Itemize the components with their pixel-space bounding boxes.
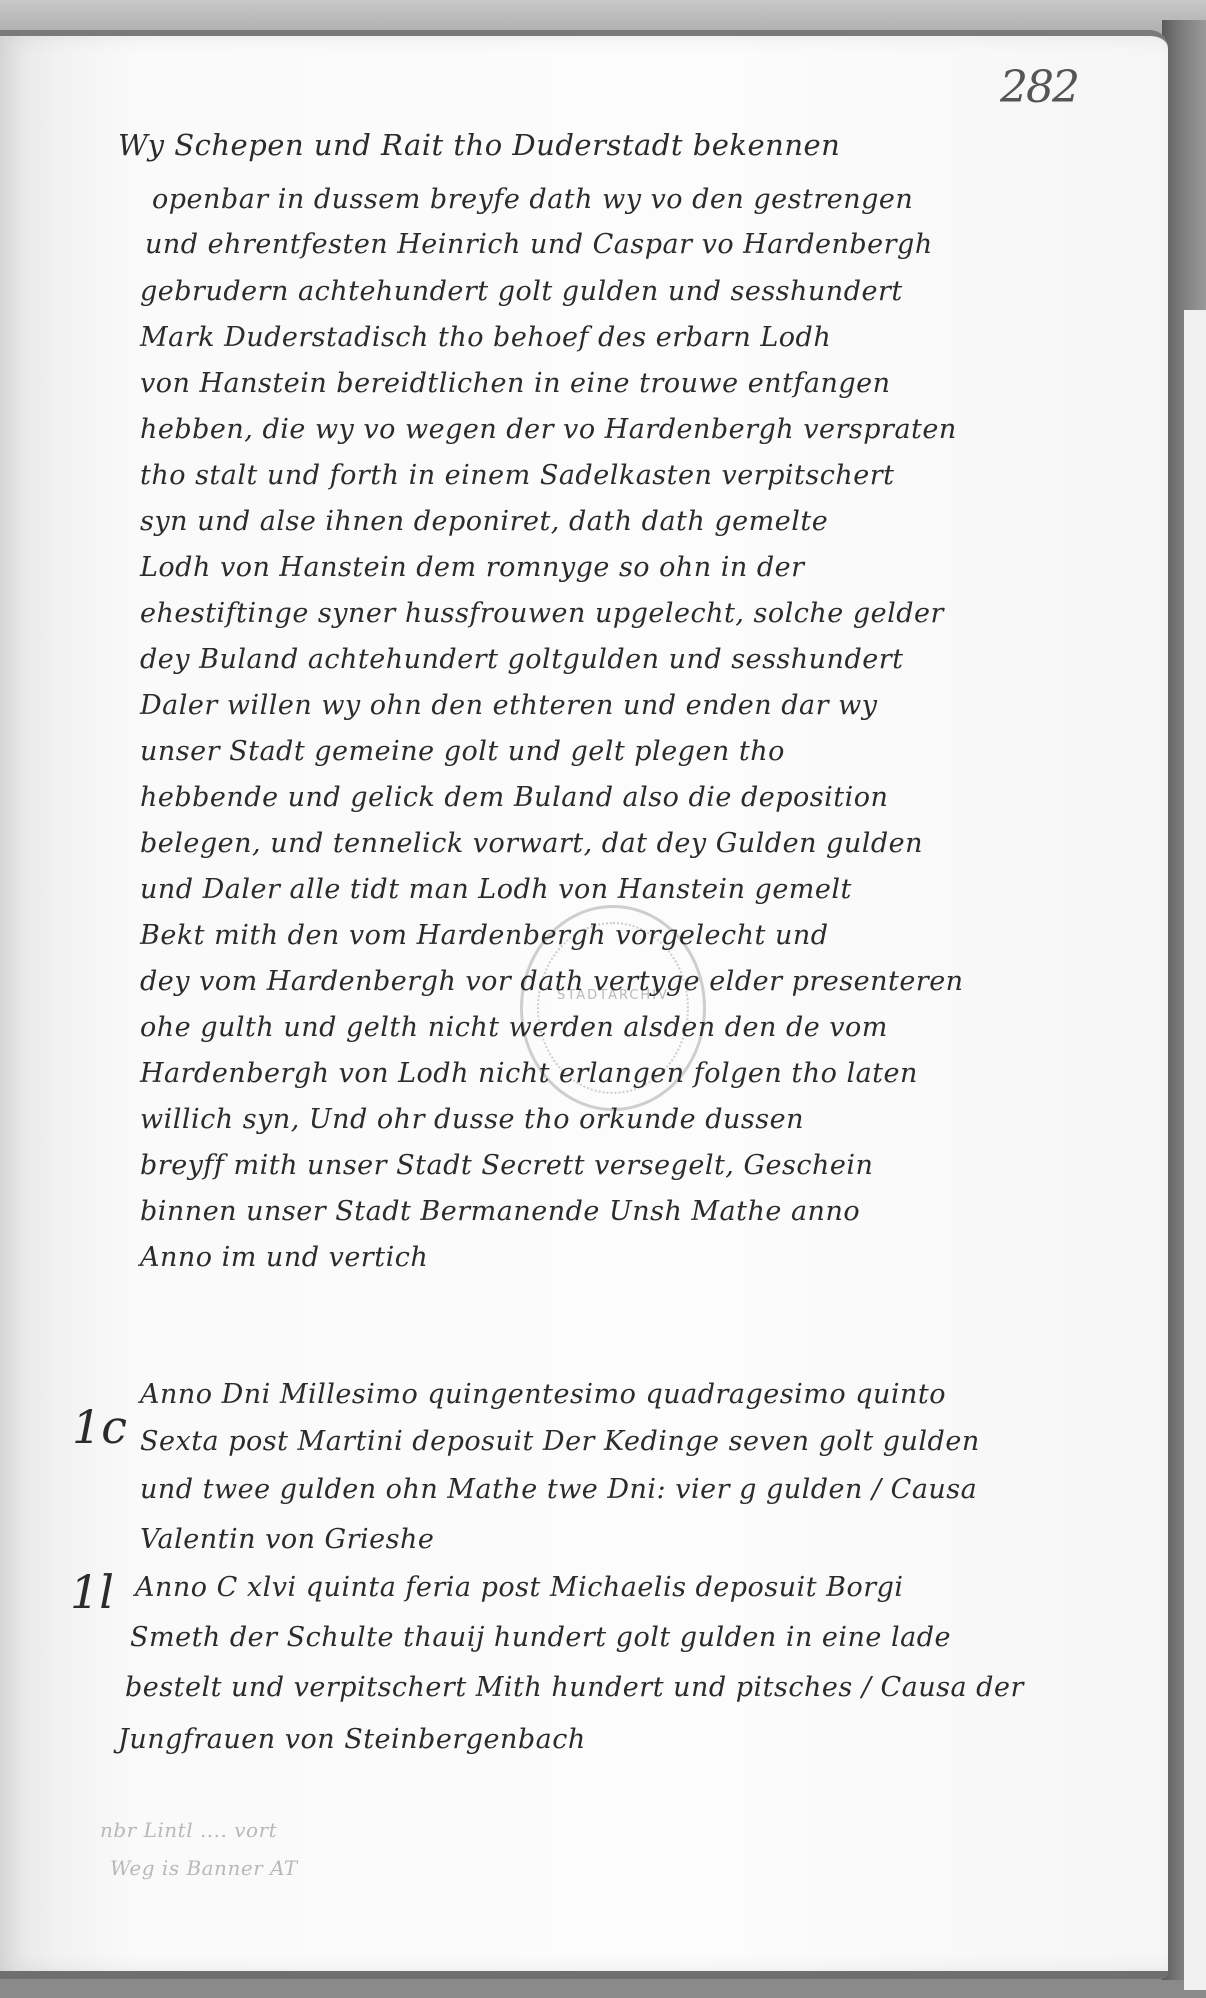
- folio-number: 282: [1000, 62, 1078, 113]
- margin-mark: 1l: [70, 1565, 114, 1619]
- adjacent-page-edge: [1184, 310, 1206, 1990]
- margin-mark: 1c: [72, 1400, 127, 1454]
